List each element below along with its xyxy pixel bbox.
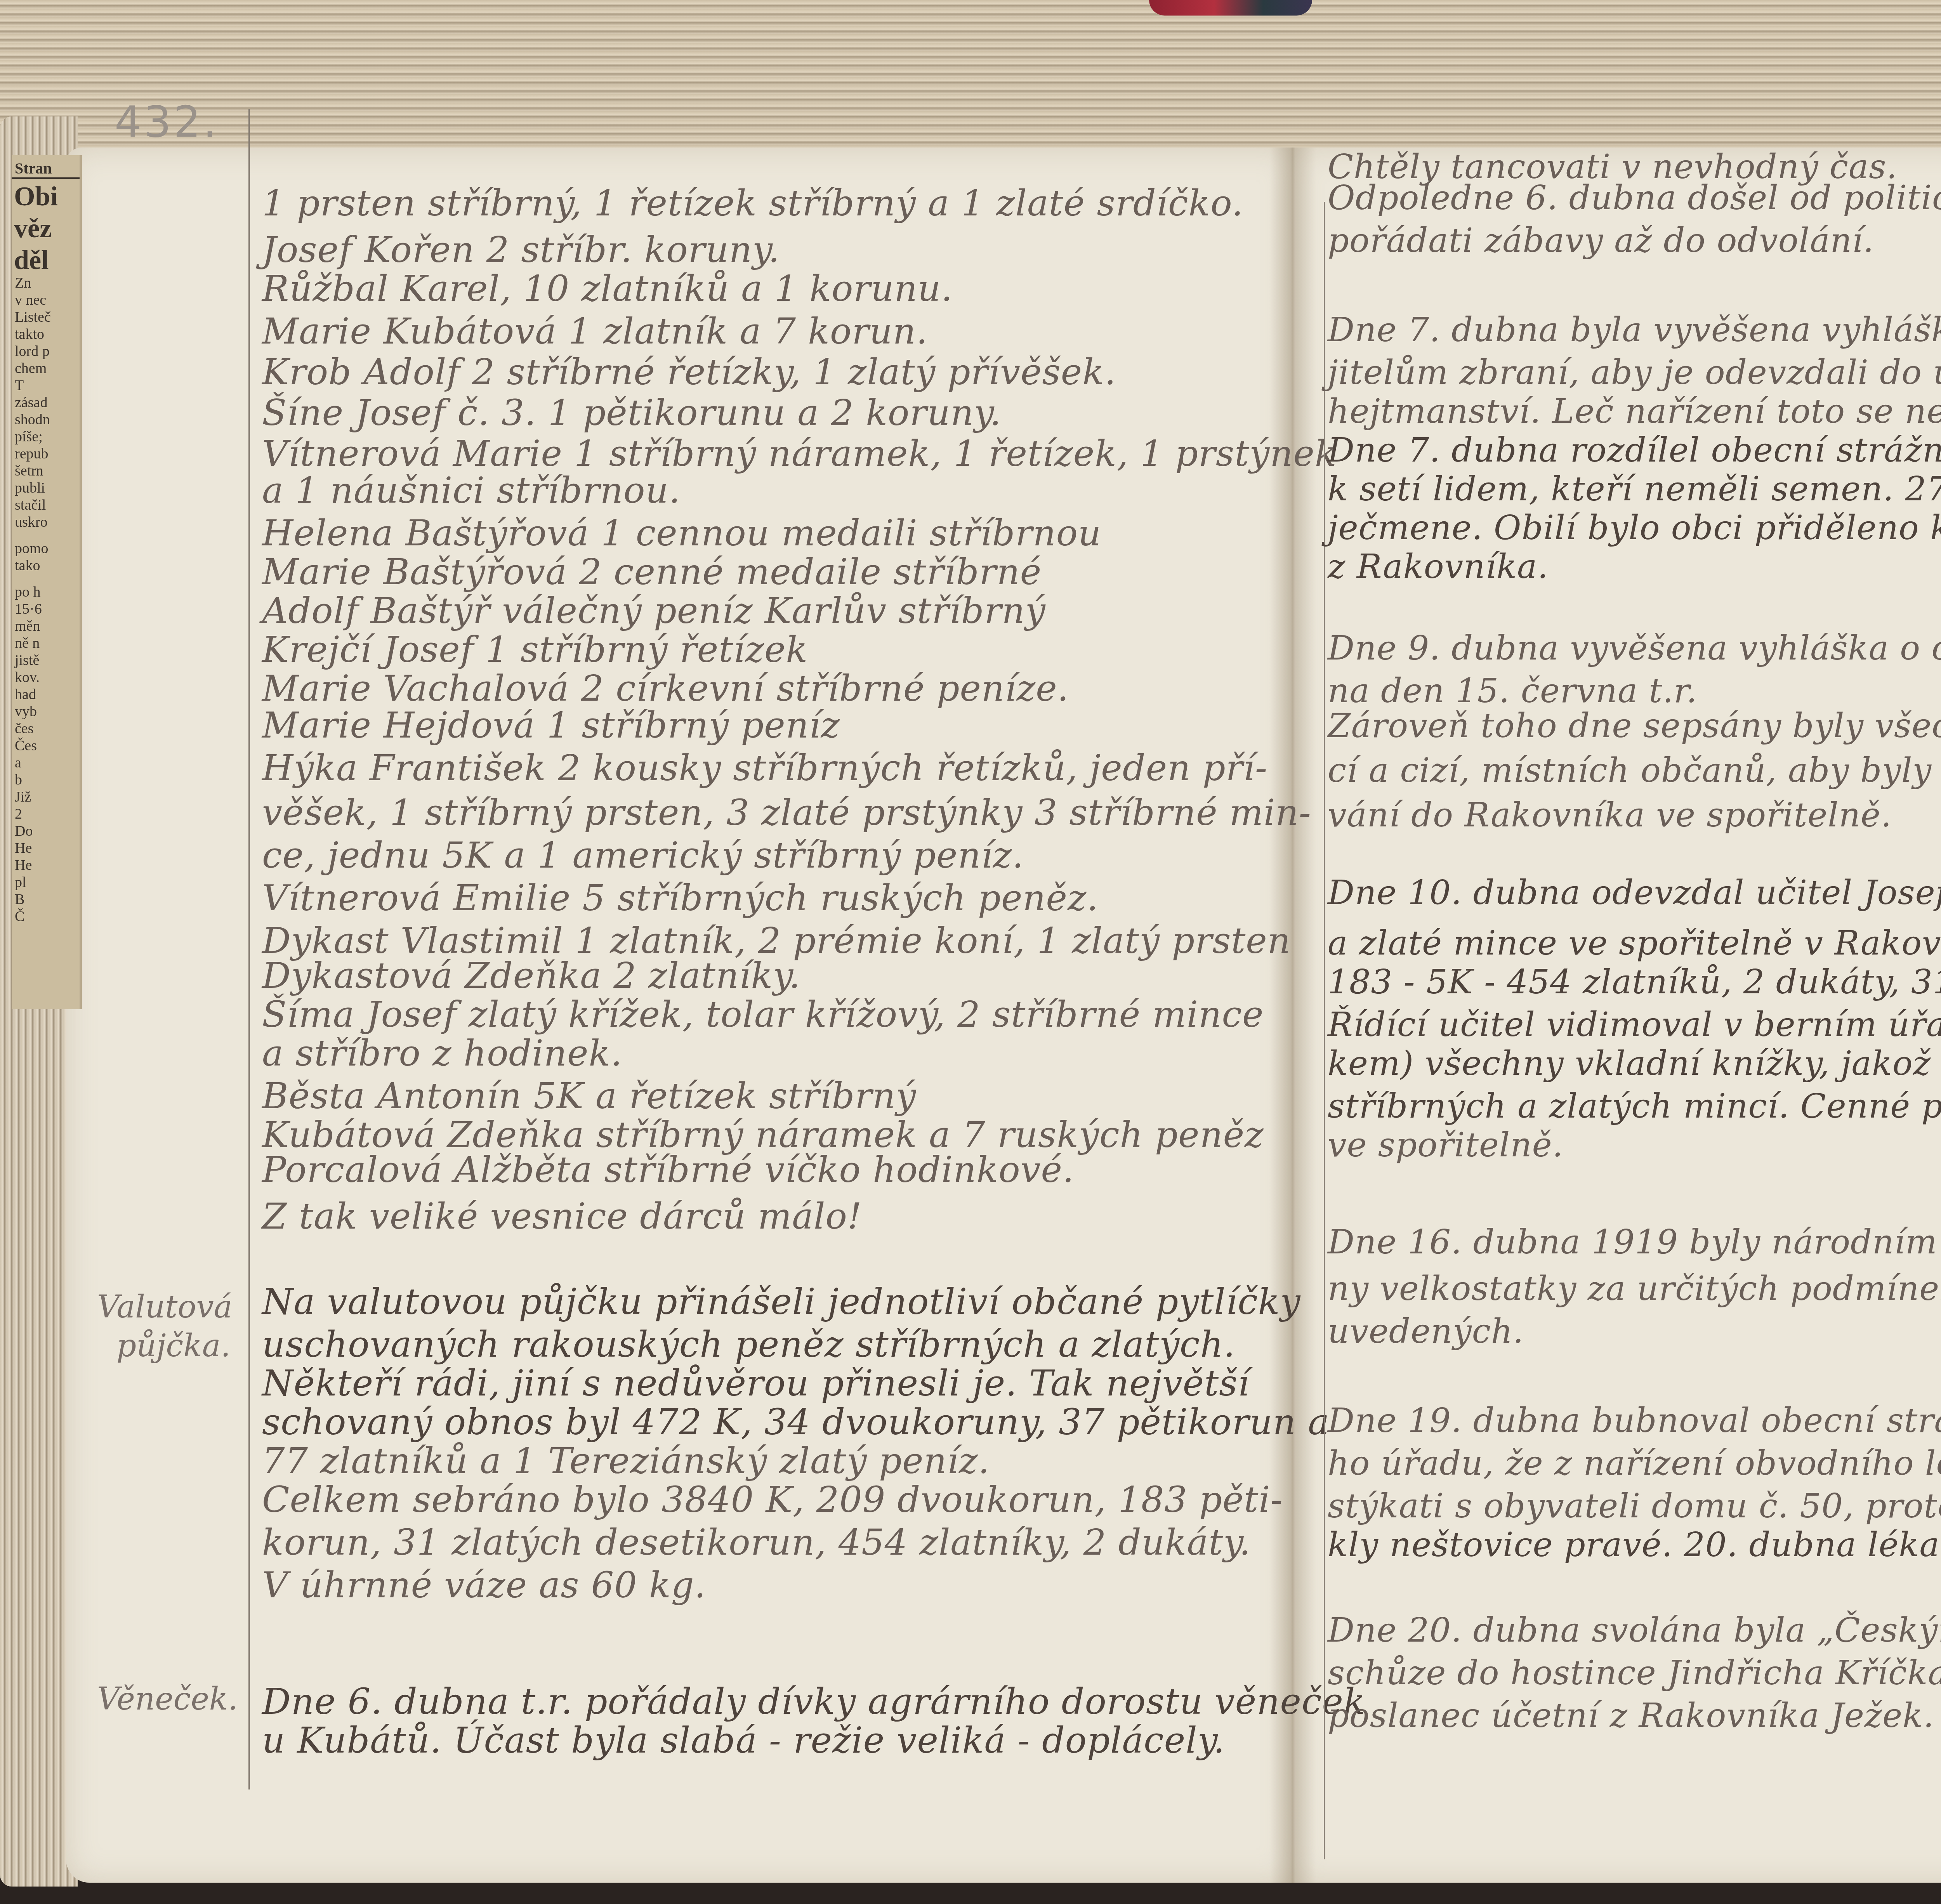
- clipping-text-fragment: v nec: [12, 292, 80, 309]
- clipping-headline-1: Obi: [12, 179, 80, 211]
- left-page-line: Někteří rádi, jiní s nedůvěrou přinesli …: [262, 1362, 1250, 1404]
- clipping-text-fragment: chem: [12, 360, 80, 377]
- right-page-line: jitelům zbraní, aby je odevzdali do usch…: [1328, 353, 1941, 392]
- right-page-line: Dne 7. dubna byla vyvěšena vyhláška, kte…: [1328, 311, 1941, 349]
- clipping-text-fragment: shodn: [12, 411, 80, 428]
- left-page-line: Z tak veliké vesnice dárců málo!: [262, 1196, 862, 1237]
- clipping-text-fragment: kov.: [12, 669, 80, 686]
- clipping-text-fragment: Do: [12, 823, 80, 840]
- clipping-text-fragment: zásad: [12, 394, 80, 411]
- right-page-line: pořádati zábavy až do odvolání.: [1328, 221, 1874, 260]
- right-page-line: schůze do hostince Jindřicha Kříčka; na …: [1328, 1654, 1941, 1692]
- clipping-text-fragment: takto: [12, 326, 80, 343]
- clipping-text-fragment: stačil: [12, 496, 80, 514]
- page-number-left: 432.: [115, 97, 219, 147]
- left-page-line: Krejčí Josef 1 stříbrný řetízek: [262, 629, 808, 670]
- newspaper-clipping: Stran Obi věz děl Znv necListečtaktolord…: [12, 155, 82, 1009]
- right-page-line: ve spořitelně.: [1328, 1126, 1563, 1165]
- right-page-line: k setí lidem, kteří neměli semen. 27 q o…: [1328, 470, 1941, 509]
- clipping-text-fragment: 15·6: [12, 601, 80, 618]
- clipping-text-fragment: Č: [12, 908, 80, 925]
- left-page-line: Růžbal Karel, 10 zlatníků a 1 korunu.: [262, 268, 953, 309]
- right-page-line: Dne 10. dubna odevzdal učitel Josef Šíma…: [1328, 873, 1941, 912]
- clipping-text-fragment: čes: [12, 720, 80, 737]
- clipping-text-fragment: po h: [12, 583, 80, 601]
- left-page-line: Šíma Josef zlatý křížek, tolar křížový, …: [262, 994, 1264, 1035]
- clipping-text-fragment: 2: [12, 805, 80, 823]
- bookmark-ribbon: [1149, 0, 1312, 16]
- left-page-line: Dne 6. dubna t.r. pořádaly dívky agrární…: [262, 1681, 1366, 1722]
- left-page-line: korun, 31 zlatých desetikorun, 454 zlatn…: [262, 1522, 1251, 1563]
- clipping-text-fragment: Zn: [12, 274, 80, 292]
- clipping-text-fragment: repub: [12, 445, 80, 462]
- clipping-text-fragment: publi: [12, 479, 80, 496]
- right-page-line: z Rakovníka.: [1328, 547, 1549, 586]
- left-page-line: Dykastová Zdeňka 2 zlatníky.: [262, 955, 800, 996]
- margin-note-venecek: Věneček.: [97, 1681, 238, 1717]
- clipping-text-fragment: pl: [12, 874, 80, 891]
- right-page-line: kem) všechny vkladní knížky, jakož i arc…: [1328, 1044, 1941, 1083]
- margin-rule-right-inner: [1324, 202, 1325, 1859]
- clipping-headline-2: věz: [12, 211, 80, 243]
- left-page-line: Adolf Baštýř válečný peníz Karlův stříbr…: [262, 590, 1046, 632]
- clipping-text-fragment: Již: [12, 788, 80, 805]
- left-page-line: 77 zlatníků a 1 Tereziánský zlatý peníz.: [262, 1440, 990, 1482]
- book-top-edge: [0, 0, 1941, 163]
- left-page-line: uschovaných rakouských peněz stříbrných …: [262, 1324, 1235, 1365]
- clipping-text-fragment: B: [12, 891, 80, 908]
- margin-note-valutova: Valutová: [97, 1289, 232, 1325]
- left-page-line: Šíne Josef č. 3. 1 pětikorunu a 2 koruny…: [262, 392, 1002, 434]
- clipping-text-fragment: ně n: [12, 635, 80, 652]
- clipping-text-fragment: jistě: [12, 652, 80, 669]
- right-page-line: na den 15. června t.r.: [1328, 672, 1697, 710]
- clipping-text-fragment: b: [12, 771, 80, 788]
- left-page-line: Porcalová Alžběta stříbrné víčko hodinko…: [262, 1149, 1074, 1191]
- clipping-text-fragment: lord p: [12, 343, 80, 360]
- left-page-line: Vítnerová Emilie 5 stříbrných ruských pe…: [262, 877, 1099, 919]
- left-page-line: Krob Adolf 2 stříbrné řetízky, 1 zlatý p…: [262, 351, 1116, 393]
- clipping-body: Znv necListečtaktolord pchemTzásadshodnp…: [12, 274, 80, 925]
- right-page-line: Dne 20. dubna svolána byla „Českými soci…: [1328, 1611, 1941, 1650]
- margin-note-pujcka: půjčka.: [116, 1328, 231, 1364]
- book-gutter: [1269, 148, 1316, 1883]
- clipping-headline-3: děl: [12, 243, 80, 274]
- clipping-text-fragment: Čes: [12, 737, 80, 754]
- clipping-text-fragment: a: [12, 754, 80, 771]
- left-page-line: V úhrnné váze as 60 kg.: [262, 1564, 706, 1606]
- right-page-line: ny velkostatky za určitých podmínek v zá…: [1328, 1269, 1941, 1308]
- left-page-line: Na valutovou půjčku přinášeli jednotliví…: [262, 1281, 1300, 1323]
- clipping-text-fragment: tako: [12, 557, 80, 574]
- right-page-line: stříbrných a zlatých mincí. Cenné papíry…: [1328, 1087, 1941, 1126]
- right-page-line: kly neštovice pravé. 20. dubna lékař očk…: [1328, 1526, 1941, 1564]
- clipping-text-fragment: T: [12, 377, 80, 394]
- clipping-text-fragment: He: [12, 840, 80, 857]
- clipping-text-fragment: šetrn: [12, 462, 80, 479]
- left-page-line: a stříbro z hodinek.: [262, 1033, 623, 1074]
- margin-rule-left: [248, 109, 250, 1789]
- right-page-line: Dne 16. dubna 1919 byly národním shromáž…: [1328, 1223, 1941, 1262]
- left-page-line: u Kubátů. Účast byla slabá - režie velik…: [262, 1720, 1225, 1761]
- clipping-text-fragment: pomo: [12, 540, 80, 557]
- left-page-line: Marie Hejdová 1 stříbrný peníz: [262, 705, 840, 746]
- left-page-line: Běsta Antonín 5K a řetízek stříbrný: [262, 1075, 917, 1117]
- left-page-line: Marie Baštýřová 2 cenné medaile stříbrné: [262, 551, 1042, 593]
- right-page-line: vání do Rakovníka ve spořitelně.: [1328, 796, 1892, 835]
- left-page-line: Vítnerová Marie 1 stříbrný náramek, 1 ře…: [262, 433, 1337, 474]
- right-page-line: Dne 7. dubna rozdílel obecní strážník Sa…: [1328, 431, 1941, 470]
- right-page-line: 183 - 5K - 454 zlatníků, 2 dukáty, 31 zl…: [1328, 963, 1941, 1001]
- left-page-line: ce, jednu 5K a 1 americký stříbrný peníz…: [262, 835, 1024, 876]
- right-page-line: ječmene. Obilí bylo obci přiděleno komis…: [1328, 509, 1941, 547]
- right-page-line: Řídící učitel vidimoval v berním úřadě (…: [1328, 1005, 1941, 1044]
- left-page-line: schovaný obnos byl 472 K, 34 dvoukoruny,…: [262, 1401, 1330, 1443]
- right-page-line: Odpoledne 6. dubna došel od politické ok…: [1328, 179, 1941, 217]
- right-page-line: cí a cizí, místních občanů, aby byly pře…: [1328, 751, 1941, 790]
- right-page-line: Dne 9. dubna vyvěšena vyhláška o obecníc…: [1328, 629, 1941, 668]
- clipping-header: Stran: [12, 155, 80, 179]
- left-page-line: a 1 náušnici stříbrnou.: [262, 470, 681, 511]
- left-page-line: Marie Kubátová 1 zlatník a 7 korun.: [262, 311, 928, 352]
- clipping-text-fragment: měn: [12, 618, 80, 635]
- right-page-line: hejtmanství. Leč nařízení toto se neprov…: [1328, 392, 1941, 431]
- clipping-text-fragment: uskro: [12, 514, 80, 531]
- right-page-line: Zároveň toho dne sepsány byly všechny ce…: [1328, 706, 1941, 745]
- right-page-line: Dne 19. dubna bubnoval obecní strážník v…: [1328, 1401, 1941, 1440]
- left-page-line: věšek, 1 stříbrný prsten, 3 zlaté prstýn…: [262, 792, 1311, 833]
- right-page-line: stýkati s obyvateli domu č. 50, protože …: [1328, 1487, 1941, 1526]
- right-page-line: ho úřadu, že z nařízení obvodního lékaře…: [1328, 1444, 1941, 1483]
- right-page-line: poslanec účetní z Rakovníka Ježek.: [1328, 1696, 1934, 1735]
- left-page-line: Josef Kořen 2 stříbr. koruny.: [262, 229, 780, 271]
- clipping-text-fragment: píše;: [12, 428, 80, 445]
- left-page-line: Hýka František 2 kousky stříbrných řetíz…: [262, 747, 1267, 789]
- left-page-line: Celkem sebráno bylo 3840 K, 209 dvoukoru…: [262, 1479, 1283, 1520]
- left-page-line: Marie Vachalová 2 církevní stříbrné pení…: [262, 668, 1069, 709]
- left-page-line: 1 prsten stříbrný, 1 řetízek stříbrný a …: [262, 182, 1243, 224]
- clipping-text-fragment: He: [12, 857, 80, 874]
- clipping-text-fragment: had: [12, 686, 80, 703]
- right-page-line: a zlaté mince ve spořitelně v Rakovníce …: [1328, 924, 1941, 963]
- clipping-text-fragment: vyb: [12, 703, 80, 720]
- clipping-text-fragment: Listeč: [12, 309, 80, 326]
- left-page-line: Helena Baštýřová 1 cennou medaili stříbr…: [262, 512, 1101, 554]
- right-page-line: uvedených.: [1328, 1312, 1524, 1351]
